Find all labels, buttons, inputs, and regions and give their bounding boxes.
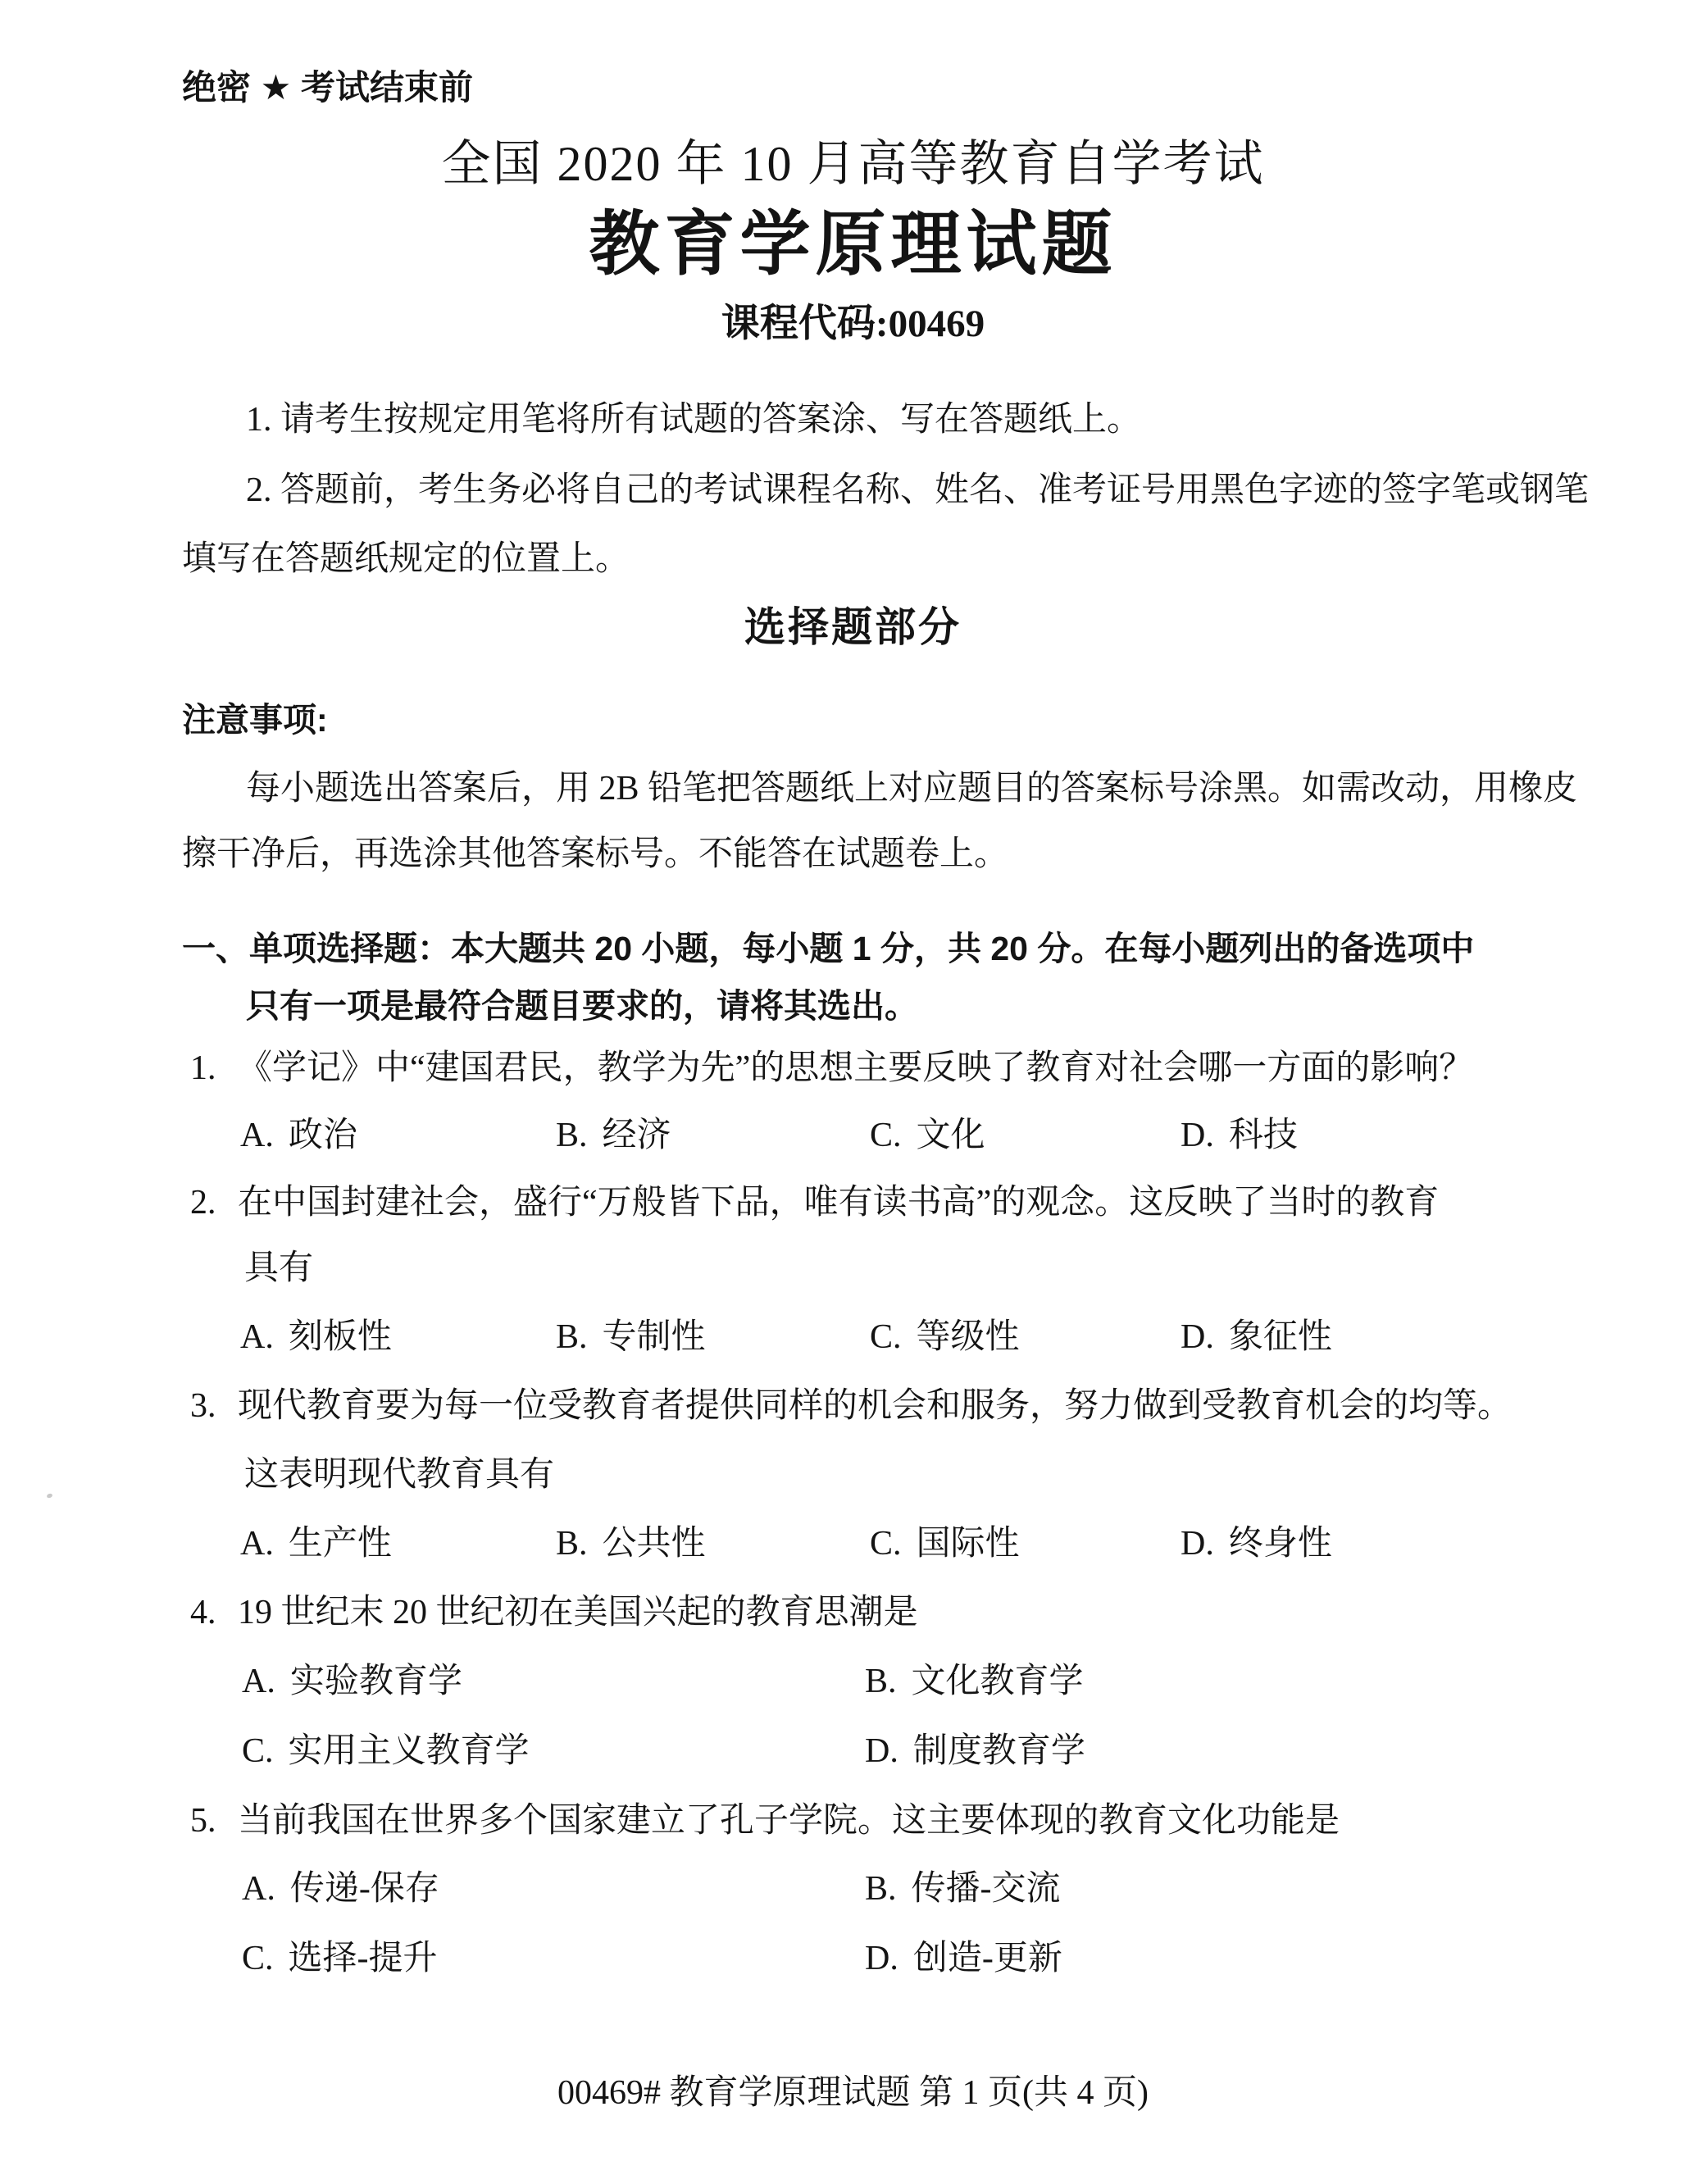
option-2-d: D.象征性 [1181, 1315, 1332, 1359]
general-instruction-2-continued: 填写在答题纸规定的位置上。 [182, 537, 1524, 581]
question-2-text: 在中国封建社会，盛行“万般皆下品，唯有读书高”的观念。这反映了当时的教育 [238, 1184, 1439, 1222]
question-1-text: 《学记》中“建国君民，教学为先”的思想主要反映了教育对社会哪一方面的影响？ [238, 1049, 1473, 1087]
question-5-text: 当前我国在世界多个国家建立了孔子学院。这主要体现的教育文化功能是 [238, 1802, 1340, 1840]
part1-heading-line-1: 一、单项选择题：本大题共 20 小题，每小题 1 分，共 20 分。在每小题列出… [182, 926, 1524, 971]
scan-speck [46, 1493, 52, 1499]
option-3-a: A.生产性 [240, 1522, 392, 1566]
option-4-d: D.制度教育学 [865, 1729, 1085, 1773]
part1-heading-line-2: 只有一项是最符合题目要求的，请将其选出。 [182, 984, 1524, 1028]
question-4-options-row-2: C.实用主义教育学 D.制度教育学 [182, 1729, 1524, 1773]
question-2-number: 2. [190, 1181, 238, 1225]
question-4-number: 4. [190, 1590, 238, 1635]
question-5-number: 5. [190, 1799, 238, 1843]
course-code: 课程代码:00469 [182, 300, 1524, 348]
question-5-options-row-2: C.选择-提升 D.创造-更新 [182, 1936, 1524, 1981]
page-footer: 00469# 教育学原理试题 第 1 页(共 4 页) [182, 2070, 1524, 2116]
option-5-a: A.传递-保存 [242, 1867, 439, 1911]
question-2-text-continued: 具有 [182, 1246, 1524, 1290]
option-4-a: A.实验教育学 [242, 1659, 462, 1704]
question-1-options: A.政治 B.经济 C.文化 D.科技 [182, 1113, 1524, 1158]
question-5-options-row-1: A.传递-保存 B.传播-交流 [182, 1867, 1524, 1911]
general-instruction-2: 2. 答题前，考生务必将自己的考试课程名称、姓名、准考证号用黑色字迹的签字笔或钢… [182, 468, 1524, 512]
general-instruction-1: 1. 请考生按规定用笔将所有试题的答案涂、写在答题纸上。 [182, 398, 1524, 442]
option-2-c: C.等级性 [870, 1315, 1020, 1359]
question-3-text: 现代教育要为每一位受教育者提供同样的机会和服务，努力做到受教育机会的均等。 [238, 1387, 1512, 1425]
question-1-number: 1. [190, 1046, 238, 1090]
exam-paper-page: 绝密 ★ 考试结束前 全国 2020 年 10 月高等教育自学考试 教育学原理试… [0, 0, 1706, 2184]
question-3-stem: 3.现代教育要为每一位受教育者提供同样的机会和服务，努力做到受教育机会的均等。 [182, 1384, 1524, 1428]
option-1-d: D.科技 [1181, 1113, 1298, 1158]
notice-title: 注意事项: [182, 698, 1524, 742]
option-3-c: C.国际性 [870, 1522, 1020, 1566]
section-title: 选择题部分 [182, 603, 1524, 651]
option-4-c: C.实用主义教育学 [242, 1729, 530, 1773]
option-3-b: B.公共性 [556, 1522, 706, 1566]
option-3-d: D.终身性 [1181, 1522, 1332, 1566]
paper-title: 教育学原理试题 [182, 205, 1524, 284]
option-1-b: B.经济 [556, 1113, 671, 1158]
question-4-options-row-1: A.实验教育学 B.文化教育学 [182, 1659, 1524, 1704]
question-5-stem: 5.当前我国在世界多个国家建立了孔子学院。这主要体现的教育文化功能是 [182, 1799, 1524, 1843]
notice-line-2: 擦干净后，再选涂其他答案标号。不能答在试题卷上。 [182, 832, 1524, 876]
option-2-a: A.刻板性 [240, 1315, 392, 1359]
question-1-stem: 1.《学记》中“建国君民，教学为先”的思想主要反映了教育对社会哪一方面的影响？ [182, 1046, 1524, 1090]
option-5-b: B.传播-交流 [865, 1867, 1061, 1911]
notice-line-1: 每小题选出答案后，用 2B 铅笔把答题纸上对应题目的答案标号涂黑。如需改动，用橡… [182, 767, 1524, 811]
option-1-c: C.文化 [870, 1113, 985, 1158]
question-3-number: 3. [190, 1384, 238, 1428]
option-1-a: A.政治 [240, 1113, 357, 1158]
option-5-c: C.选择-提升 [242, 1936, 438, 1981]
question-3-options: A.生产性 B.公共性 C.国际性 D.终身性 [182, 1522, 1524, 1566]
question-2-stem: 2.在中国封建社会，盛行“万般皆下品，唯有读书高”的观念。这反映了当时的教育 [182, 1181, 1524, 1225]
question-4-text: 19 世纪末 20 世纪初在美国兴起的教育思潮是 [238, 1594, 918, 1631]
option-4-b: B.文化教育学 [865, 1659, 1084, 1704]
exam-title: 全国 2020 年 10 月高等教育自学考试 [182, 135, 1524, 193]
question-3-text-continued: 这表明现代教育具有 [182, 1453, 1524, 1497]
classification-banner: 绝密 ★ 考试结束前 [182, 66, 1524, 110]
option-2-b: B.专制性 [556, 1315, 706, 1359]
question-4-stem: 4.19 世纪末 20 世纪初在美国兴起的教育思潮是 [182, 1590, 1524, 1635]
option-5-d: D.创造-更新 [865, 1936, 1062, 1981]
question-2-options: A.刻板性 B.专制性 C.等级性 D.象征性 [182, 1315, 1524, 1359]
